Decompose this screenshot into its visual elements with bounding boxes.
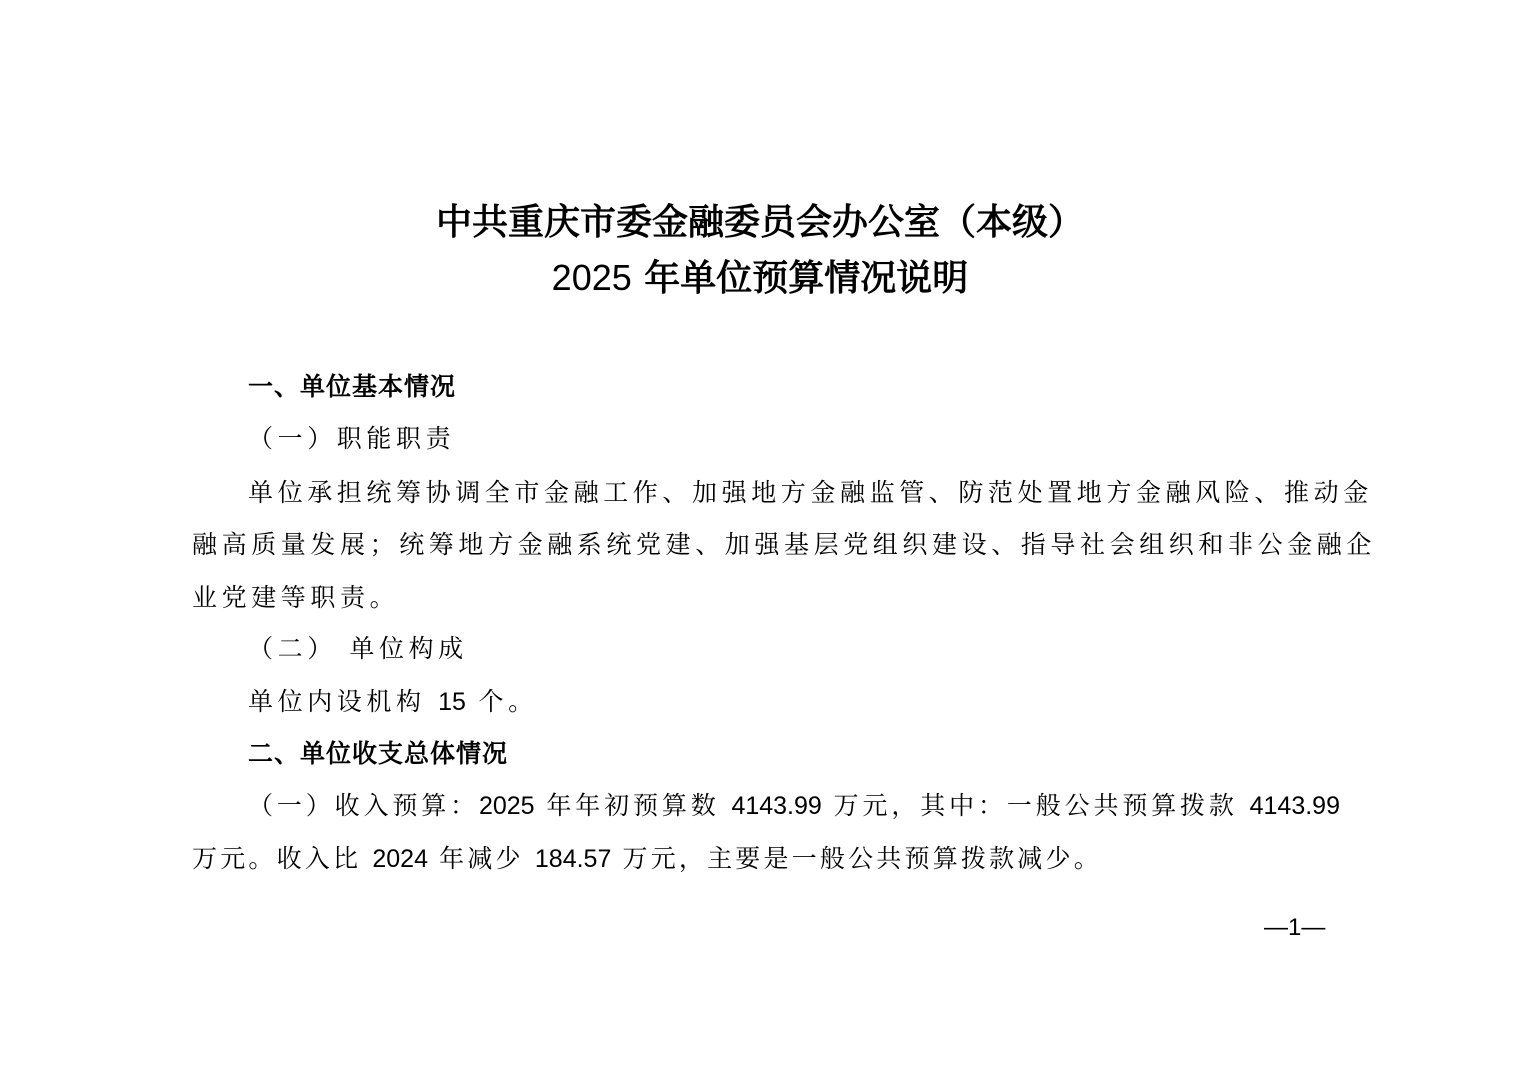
subsection-heading-composition: （二） 单位构成 xyxy=(248,632,468,666)
composition-paragraph: 单位内设机构 15 个。 xyxy=(248,685,538,719)
duties-paragraph-line3: 业党建等职责。 xyxy=(192,581,399,615)
revenue-budget-line1: （一）收入预算：2025 年年初预算数 4143.99 万元，其中：一般公共预算… xyxy=(192,789,1340,823)
section-heading-revenue-expenditure: 二、单位收支总体情况 xyxy=(248,737,508,771)
revenue-text-5: 万元，主要是一般公共预算拨款减少。 xyxy=(611,844,1102,873)
composition-suffix: 个。 xyxy=(466,687,538,716)
duties-paragraph-line2: 融高质量发展；统筹地方金融系统党建、加强基层党组织建设、指导社会组织和非公金融企 xyxy=(192,528,1340,562)
document-title-line1: 中共重庆市委金融委员会办公室（本级） xyxy=(0,200,1520,244)
title-text: 年单位预算情况说明 xyxy=(632,257,969,299)
revenue-text-1: 年年初预算数 xyxy=(535,791,732,820)
document-title-line2: 2025 年单位预算情况说明 xyxy=(0,256,1520,300)
revenue-text-2: 万元，其中：一般公共预算拨款 xyxy=(822,791,1250,820)
revenue-decrease-amount: 184.57 xyxy=(535,845,611,873)
internal-agency-count: 15 xyxy=(438,688,466,716)
revenue-text-3: 万元。收入比 xyxy=(192,844,372,873)
revenue-text-4: 年减少 xyxy=(428,844,535,873)
revenue-budget-line2: 万元。收入比 2024 年减少 184.57 万元，主要是一般公共预算拨款减少。 xyxy=(192,842,1102,876)
duties-paragraph-line1: 单位承担统筹协调全市金融工作、加强地方金融监管、防范处置地方金融风险、推动金 xyxy=(192,476,1340,510)
revenue-budget-heading: （一）收入预算： xyxy=(248,791,479,820)
section-heading-basic-info: 一、单位基本情况 xyxy=(248,370,456,404)
budget-year: 2025 xyxy=(479,792,535,820)
title-year: 2025 xyxy=(552,257,632,298)
document-page: 中共重庆市委金融委员会办公室（本级） 2025 年单位预算情况说明 一、单位基本… xyxy=(0,0,1520,1074)
previous-year: 2024 xyxy=(372,845,428,873)
initial-budget-total: 4143.99 xyxy=(731,792,821,820)
composition-prefix: 单位内设机构 xyxy=(248,687,438,716)
general-public-budget-amount: 4143.99 xyxy=(1250,792,1340,820)
page-number: —1— xyxy=(1264,912,1325,944)
subsection-heading-duties: （一）职能职责 xyxy=(248,422,455,456)
